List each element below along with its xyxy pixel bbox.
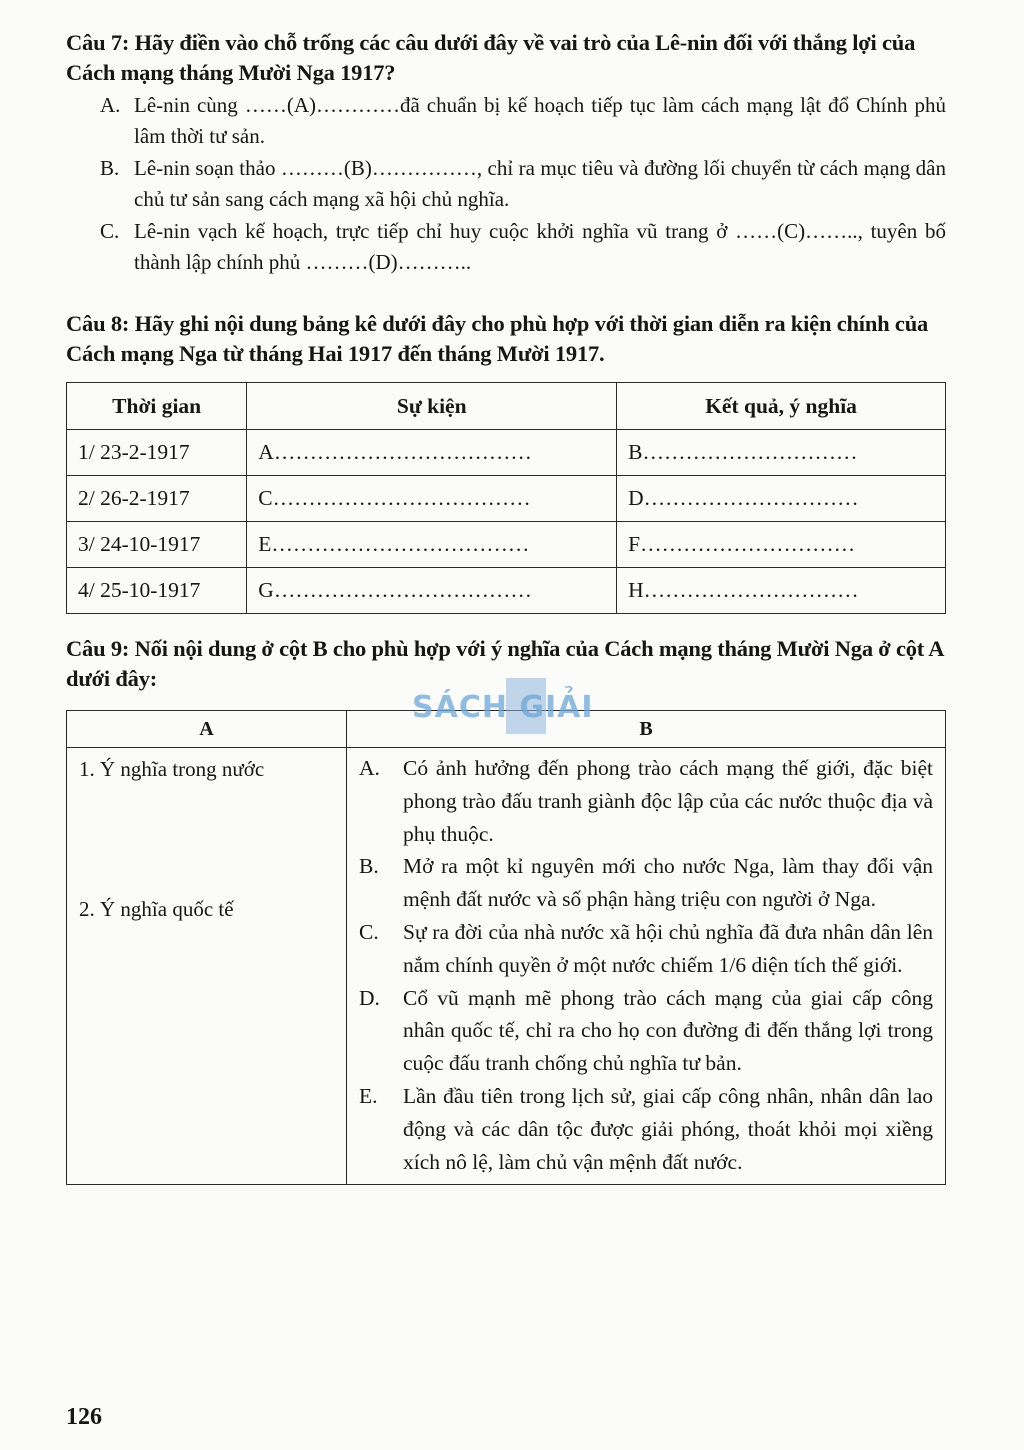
item-text: Lần đầu tiên trong lịch sử, giai cấp côn… xyxy=(403,1080,933,1178)
header-event: Sự kiện xyxy=(247,383,617,430)
cell-event-blank: E……………………………… xyxy=(247,522,617,568)
option-label: A. xyxy=(66,90,134,151)
item-label: A. xyxy=(359,752,403,850)
table-row: 1. Ý nghĩa trong nước 2. Ý nghĩa quốc tế… xyxy=(67,748,946,1185)
question-8-table: Thời gian Sự kiện Kết quả, ý nghĩa 1/ 23… xyxy=(66,382,946,614)
column-a-item-1: 1. Ý nghĩa trong nước xyxy=(79,754,346,784)
item-text: Cổ vũ mạnh mẽ phong trào cách mạng của g… xyxy=(403,982,933,1080)
question-7-option-c: C. Lê-nin vạch kế hoạch, trực tiếp chỉ h… xyxy=(66,216,946,277)
column-b-item-a: A. Có ảnh hưởng đến phong trào cách mạng… xyxy=(359,752,933,850)
cell-result-blank: D………………………… xyxy=(617,476,946,522)
option-text: Lê-nin vạch kế hoạch, trực tiếp chỉ huy … xyxy=(134,216,946,277)
table-row: 4/ 25-10-1917 G……………………………… H………………………… xyxy=(67,568,946,614)
cell-time: 1/ 23-2-1917 xyxy=(67,430,247,476)
question-8-title: Câu 8: Hãy ghi nội dung bảng kê dưới đây… xyxy=(66,309,946,369)
cell-event-blank: G……………………………… xyxy=(247,568,617,614)
column-b-item-d: D. Cổ vũ mạnh mẽ phong trào cách mạng củ… xyxy=(359,982,933,1080)
column-b-cell: A. Có ảnh hưởng đến phong trào cách mạng… xyxy=(347,748,946,1185)
cell-time: 2/ 26-2-1917 xyxy=(67,476,247,522)
option-text: Lê-nin soạn thảo ………(B)……………, chỉ ra mục… xyxy=(134,153,946,214)
table-row: 2/ 26-2-1917 C……………………………… D………………………… xyxy=(67,476,946,522)
table-row: 3/ 24-10-1917 E……………………………… F………………………… xyxy=(67,522,946,568)
cell-time: 4/ 25-10-1917 xyxy=(67,568,247,614)
cell-time: 3/ 24-10-1917 xyxy=(67,522,247,568)
item-text: Sự ra đời của nhà nước xã hội chủ nghĩa … xyxy=(403,916,933,982)
column-b-item-b: B. Mở ra một kỉ nguyên mới cho nước Nga,… xyxy=(359,850,933,916)
question-7: Câu 7: Hãy điền vào chỗ trống các câu dư… xyxy=(66,28,946,277)
item-label: D. xyxy=(359,982,403,1080)
question-9-matching-table: A B 1. Ý nghĩa trong nước 2. Ý nghĩa quố… xyxy=(66,710,946,1185)
cell-event-blank: A……………………………… xyxy=(247,430,617,476)
column-b-item-e: E. Lần đầu tiên trong lịch sử, giai cấp … xyxy=(359,1080,933,1178)
cell-result-blank: F………………………… xyxy=(617,522,946,568)
cell-event-blank: C……………………………… xyxy=(247,476,617,522)
item-label: C. xyxy=(359,916,403,982)
question-7-option-a: A. Lê-nin cùng ……(A)…………đã chuẩn bị kế h… xyxy=(66,90,946,151)
page-number: 126 xyxy=(66,1404,102,1431)
header-column-b: B xyxy=(347,711,946,748)
cell-result-blank: H………………………… xyxy=(617,568,946,614)
table-row: 1/ 23-2-1917 A……………………………… B………………………… xyxy=(67,430,946,476)
item-label: B. xyxy=(359,850,403,916)
question-8: Câu 8: Hãy ghi nội dung bảng kê dưới đây… xyxy=(66,309,946,369)
header-result: Kết quả, ý nghĩa xyxy=(617,383,946,430)
question-9-title: Câu 9: Nối nội dung ở cột B cho phù hợp … xyxy=(66,634,946,694)
item-text: Có ảnh hưởng đến phong trào cách mạng th… xyxy=(403,752,933,850)
question-9: Câu 9: Nối nội dung ở cột B cho phù hợp … xyxy=(66,634,946,694)
header-time: Thời gian xyxy=(67,383,247,430)
option-label: C. xyxy=(66,216,134,277)
column-a-item-2: 2. Ý nghĩa quốc tế xyxy=(79,894,234,924)
column-a-cell: 1. Ý nghĩa trong nước 2. Ý nghĩa quốc tế xyxy=(67,748,347,1185)
item-text: Mở ra một kỉ nguyên mới cho nước Nga, là… xyxy=(403,850,933,916)
option-text: Lê-nin cùng ……(A)…………đã chuẩn bị kế hoạc… xyxy=(134,90,946,151)
option-label: B. xyxy=(66,153,134,214)
textbook-page: Câu 7: Hãy điền vào chỗ trống các câu dư… xyxy=(66,28,946,277)
item-label: E. xyxy=(359,1080,403,1178)
question-7-option-b: B. Lê-nin soạn thảo ………(B)……………, chỉ ra … xyxy=(66,153,946,214)
column-b-item-c: C. Sự ra đời của nhà nước xã hội chủ ngh… xyxy=(359,916,933,982)
table-header-row: Thời gian Sự kiện Kết quả, ý nghĩa xyxy=(67,383,946,430)
question-7-title: Câu 7: Hãy điền vào chỗ trống các câu dư… xyxy=(66,28,946,88)
table-header-row: A B xyxy=(67,711,946,748)
header-column-a: A xyxy=(67,711,347,748)
cell-result-blank: B………………………… xyxy=(617,430,946,476)
